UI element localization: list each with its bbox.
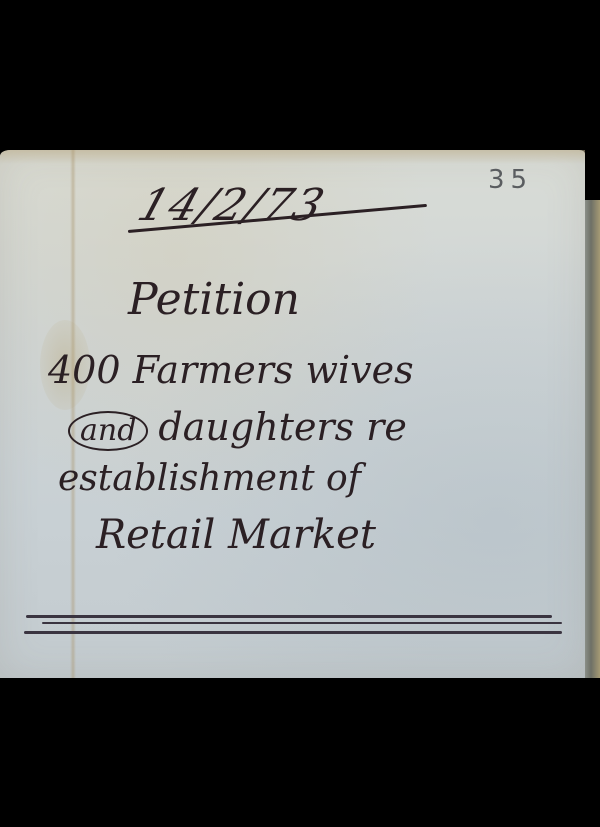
- closing-rule-line: [24, 631, 562, 634]
- body-line: establishment of: [58, 458, 361, 499]
- body-line: Retail Market: [96, 512, 376, 558]
- body-line: anddaughters re: [68, 405, 407, 451]
- closing-rule-line: [26, 615, 552, 618]
- body-line: 400 Farmers wives: [48, 348, 414, 392]
- photo-background: 35 14/2/73 Petition 400 Farmers wives an…: [0, 0, 600, 827]
- page-number: 35: [488, 165, 533, 195]
- document-title: Petition: [128, 274, 300, 325]
- closing-rule-line: [42, 622, 562, 624]
- circled-word: and: [68, 411, 148, 451]
- body-line-text: daughters re: [158, 405, 406, 449]
- paper-worn-edge: [0, 150, 585, 164]
- underlying-page-edge: [585, 200, 600, 678]
